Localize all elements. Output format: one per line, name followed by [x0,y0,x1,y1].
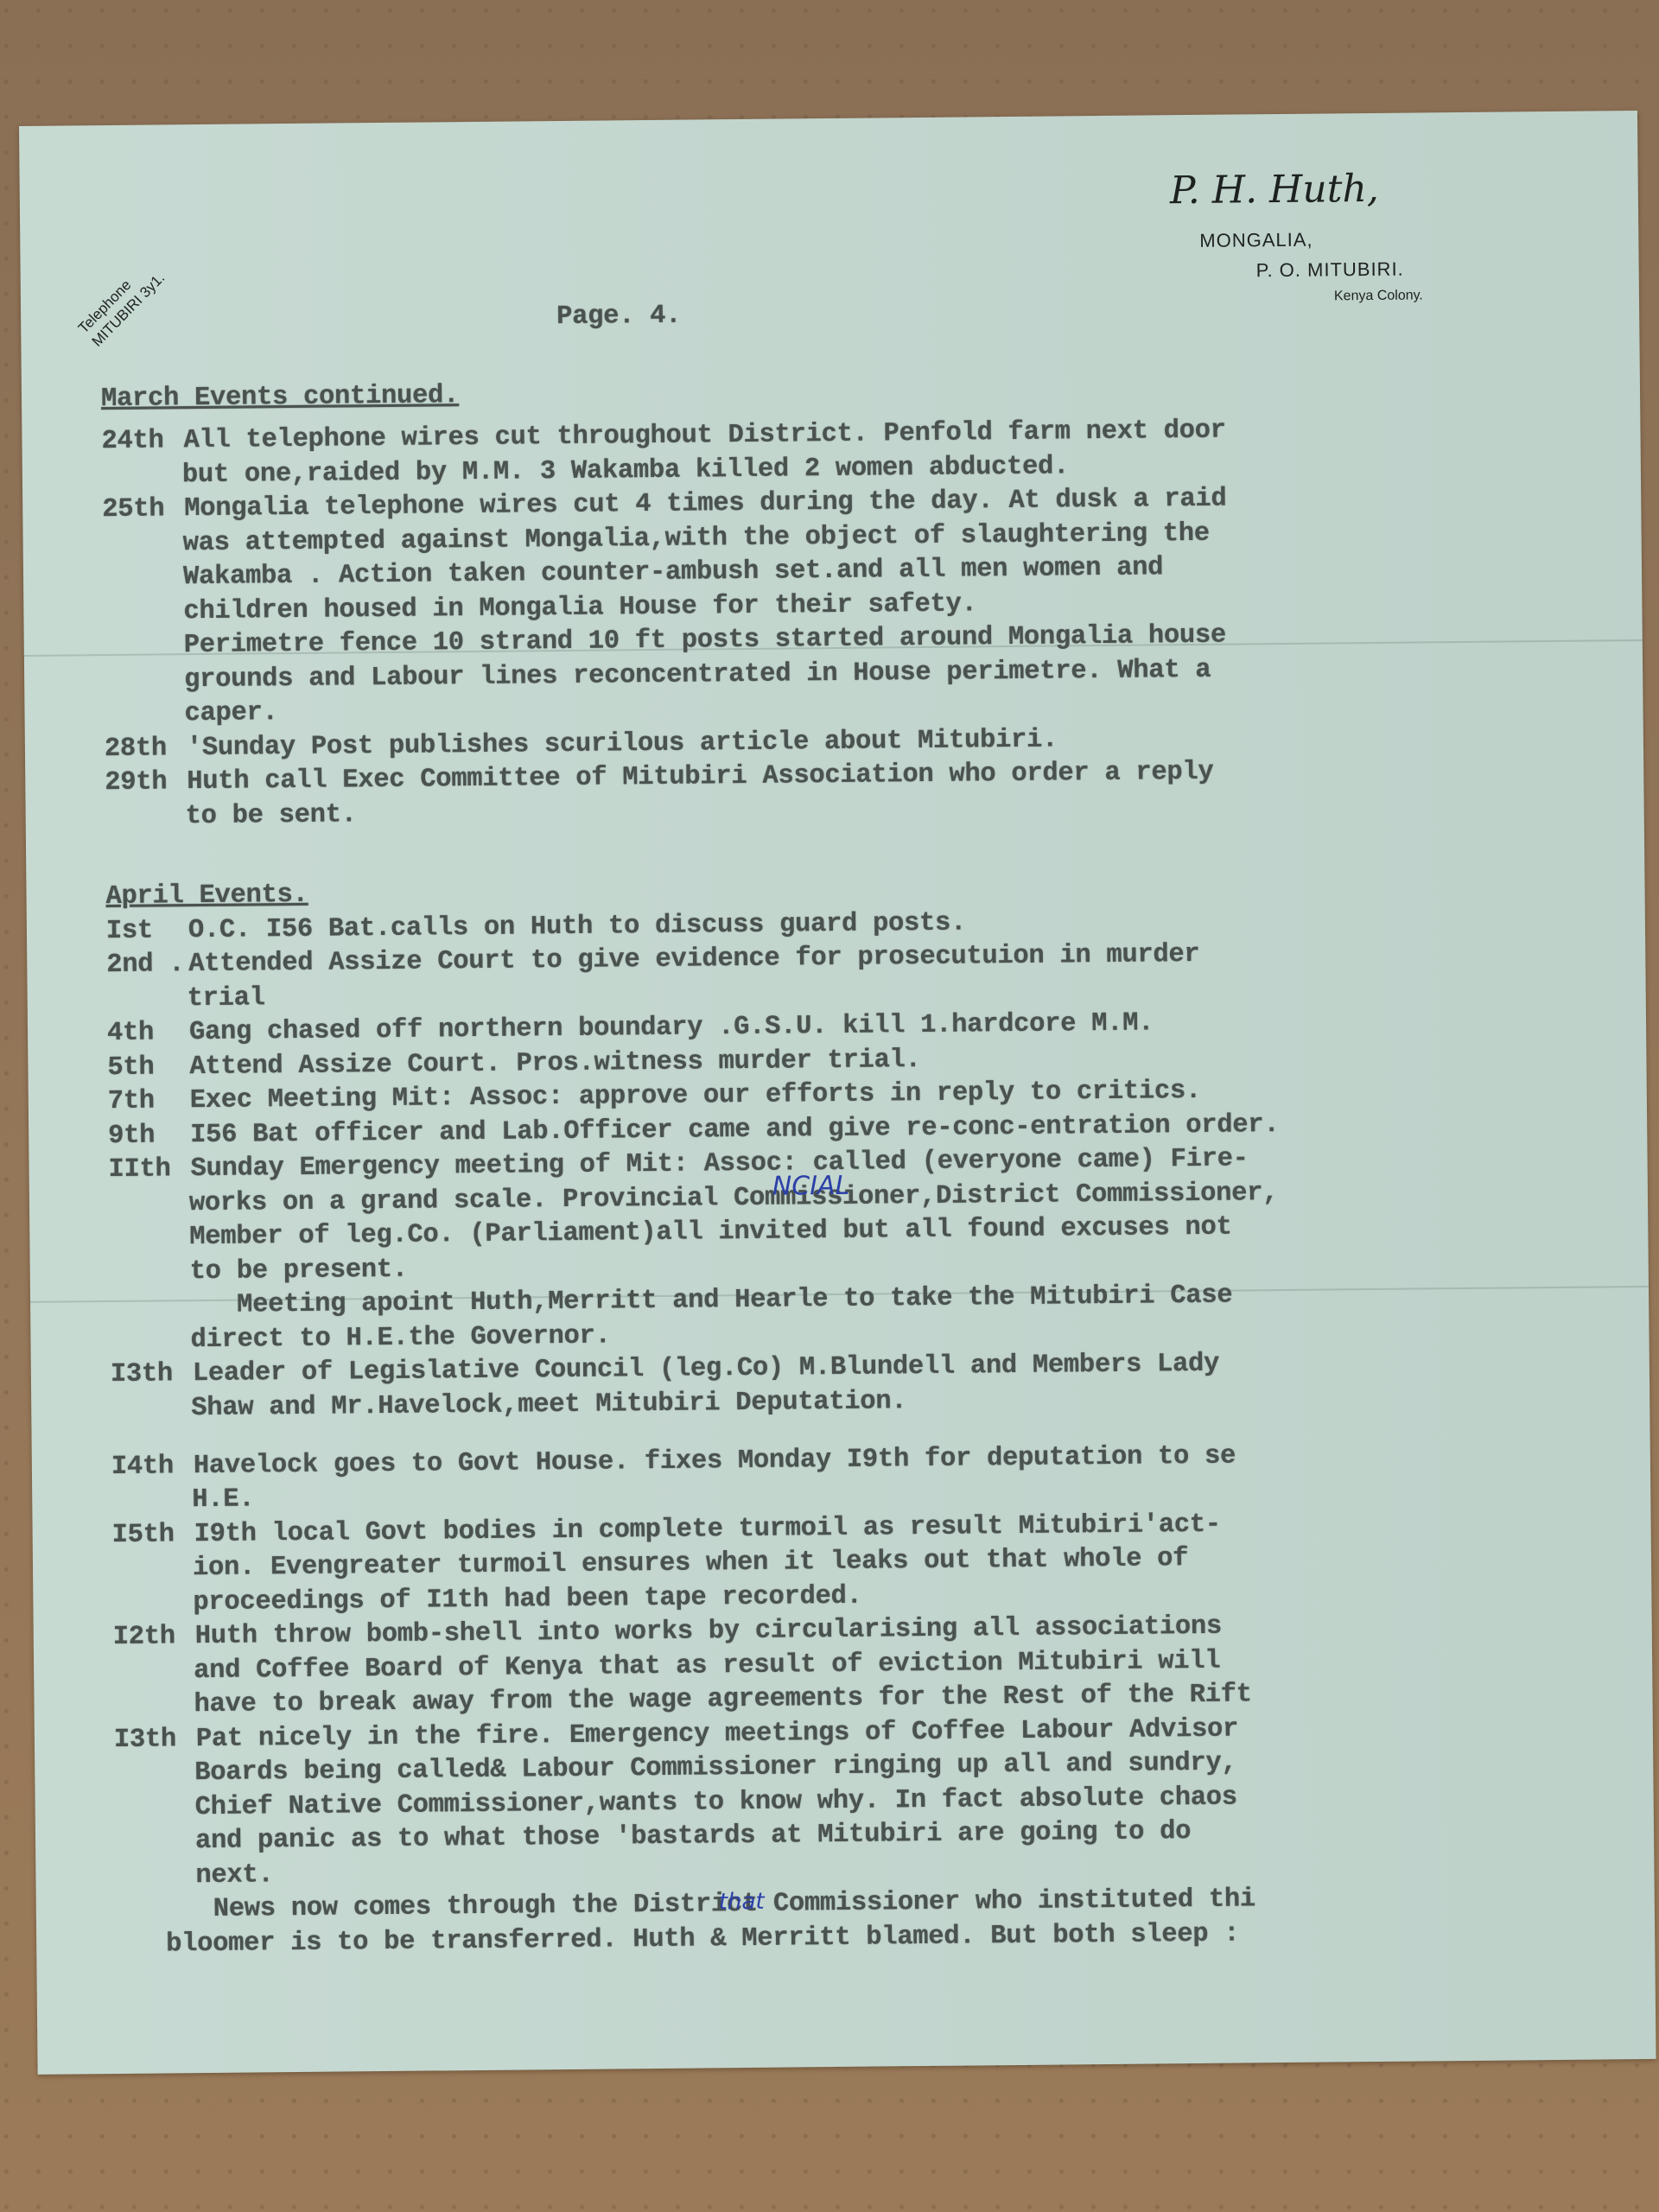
event-entry: I3thLeader of Legislative Council (leg.C… [111,1350,1219,1389]
event-text-continued: Meeting apoint Huth,Merritt and Hearle t… [190,1281,1232,1321]
event-text-continued: caper. [184,699,277,729]
handwritten-insert-provincial: NCIAL [772,1171,850,1202]
event-text: Exec Meeting Mit: Assoc: approve our eff… [190,1077,1201,1116]
event-text-continued: trial [188,983,265,1014]
event-text-continued: children housed in Mongalia House for th… [183,589,976,626]
letterhead-address-1: MONGALIA, [1199,229,1313,252]
event-date: Ist [106,916,188,946]
event-text: Huth call Exec Committee of Mitubiri Ass… [187,758,1213,797]
event-entry: IIthSunday Emergency meeting of Mit: Ass… [108,1144,1248,1185]
letterhead-address-2: P. O. MITUBIRI. [1256,258,1404,283]
event-date: 25th [102,495,184,525]
event-date: 5th [107,1052,189,1083]
event-date: IIth [108,1154,190,1185]
event-text-continued: works on a grand scale. Provincial Commi… [189,1179,1278,1218]
page-number: Page. 4. [556,302,681,332]
event-entry: 29thHuth call Exec Committee of Mitubiri… [105,758,1213,798]
event-date: 28th [105,734,187,764]
letterhead-name: P. H. Huth, [1170,167,1379,213]
event-text-continued: proceedings of I1th had been tape record… [193,1581,861,1617]
event-text-continued: Chief Native Commissioner,wants to know … [195,1783,1237,1822]
event-entry: 2nd .Attended Assize Court to give evide… [106,940,1199,980]
event-text-continued: ion. Evengreater turmoil ensures when it… [193,1544,1188,1583]
event-date: I5th [111,1520,194,1550]
event-entry: I3thPat nicely in the fire. Emergency me… [114,1714,1238,1754]
event-text-continued: Wakamba . Action taken counter-ambush se… [183,554,1163,593]
event-entry: I5thI9th local Govt bodies in complete t… [111,1510,1220,1549]
event-text: I9th local Govt bodies in complete turmo… [194,1510,1220,1548]
event-entry: 4thGang chased off northern boundary .G.… [107,1008,1154,1048]
event-text: Sunday Emergency meeting of Mit: Assoc: … [190,1144,1248,1184]
event-text-continued: Shaw and Mr.Havelock,meet Mitubiri Deput… [191,1387,906,1423]
event-text: Gang chased off northern boundary .G.S.U… [189,1008,1154,1047]
event-text-continued: and panic as to what those 'bastards at … [195,1817,1191,1856]
event-text-continued: Perimetre fence 10 strand 10 ft posts st… [184,621,1226,661]
event-text-continued: direct to H.E.the Governor. [190,1321,610,1355]
event-text-continued: grounds and Labour lines reconcentrated … [184,656,1211,695]
event-text-continued: Member of leg.Co. (Parliament)all invite… [189,1213,1231,1253]
event-text-continued: and Coffee Board of Kenya that as result… [194,1646,1220,1685]
handwritten-insert-that: that [719,1889,765,1916]
event-text-continued: but one,raided by M.M. 3 Wakamba killed … [182,452,1069,490]
event-text: 'Sunday Post publishes scurilous article… [187,725,1058,763]
event-entry: 9thI56 Bat officer and Lab.Officer came … [108,1110,1279,1151]
closing-paragraph-line: bloomer is to be transferred. Huth & Mer… [166,1919,1239,1959]
event-text-continued: to be sent. [186,800,357,831]
letter-body: March Events continued.24thAll telephone… [19,111,1637,126]
letterhead-address-3: Kenya Colony. [1334,288,1423,304]
event-text: Havelock goes to Govt House. fixes Monda… [194,1441,1236,1481]
event-text: O.C. I56 Bat.calls on Huth to discuss gu… [188,908,966,945]
event-text: Mongalia telephone wires cut 4 times dur… [184,485,1226,524]
event-text-continued: H.E. [192,1485,254,1516]
event-entry: 7thExec Meeting Mit: Assoc: approve our … [108,1077,1201,1116]
event-entry: I4thHavelock goes to Govt House. fixes M… [111,1441,1236,1481]
event-text: I56 Bat officer and Lab.Officer came and… [190,1110,1279,1150]
event-text: Huth throw bomb-shell into works by circ… [195,1612,1222,1651]
event-entry: IstO.C. I56 Bat.calls on Huth to discuss… [106,908,966,946]
event-date: 29th [105,768,187,798]
event-text-continued: have to break away from the wage agreeme… [194,1681,1251,1720]
telephone-stamp: Telephone MITUBIRI 3y1. [74,256,168,351]
event-date: 7th [108,1086,190,1116]
event-text: Pat nicely in the fire. Emergency meetin… [196,1714,1238,1754]
event-text: Attended Assize Court to give evidence f… [188,940,1199,979]
event-entry: 25thMongalia telephone wires cut 4 times… [102,485,1226,524]
letter-page: Telephone MITUBIRI 3y1. P. H. Huth, MONG… [19,111,1656,2075]
event-text-continued: to be present. [190,1255,408,1286]
event-date: I3th [111,1359,193,1389]
event-text-continued: Boards being called& Labour Commissioner… [194,1749,1236,1789]
event-entry: 5thAttend Assize Court. Pros.witness mur… [107,1046,920,1083]
event-entry: I2thHuth throw bomb-shell into works by … [113,1612,1222,1652]
event-text: Attend Assize Court. Pros.witness murder… [189,1046,920,1082]
event-date: 2nd . [106,950,188,980]
section-heading: March Events continued. [101,381,459,414]
event-entry: 28th'Sunday Post publishes scurilous art… [105,725,1058,764]
event-date: I2th [113,1622,195,1652]
event-date: 9th [108,1121,190,1151]
event-date: I3th [114,1725,196,1755]
event-text: All telephone wires cut throughout Distr… [183,416,1225,456]
event-date: 4th [107,1018,189,1048]
event-entry: 24thAll telephone wires cut throughout D… [101,416,1225,456]
section-heading: April Events. [105,880,308,912]
event-text-continued: was attempted against Mongalia,with the … [182,519,1209,558]
event-date: 24th [101,427,183,457]
event-date: I4th [111,1452,194,1482]
event-text: Leader of Legislative Council (leg.Co) M… [193,1350,1219,1389]
event-text-continued: next. [195,1860,273,1891]
